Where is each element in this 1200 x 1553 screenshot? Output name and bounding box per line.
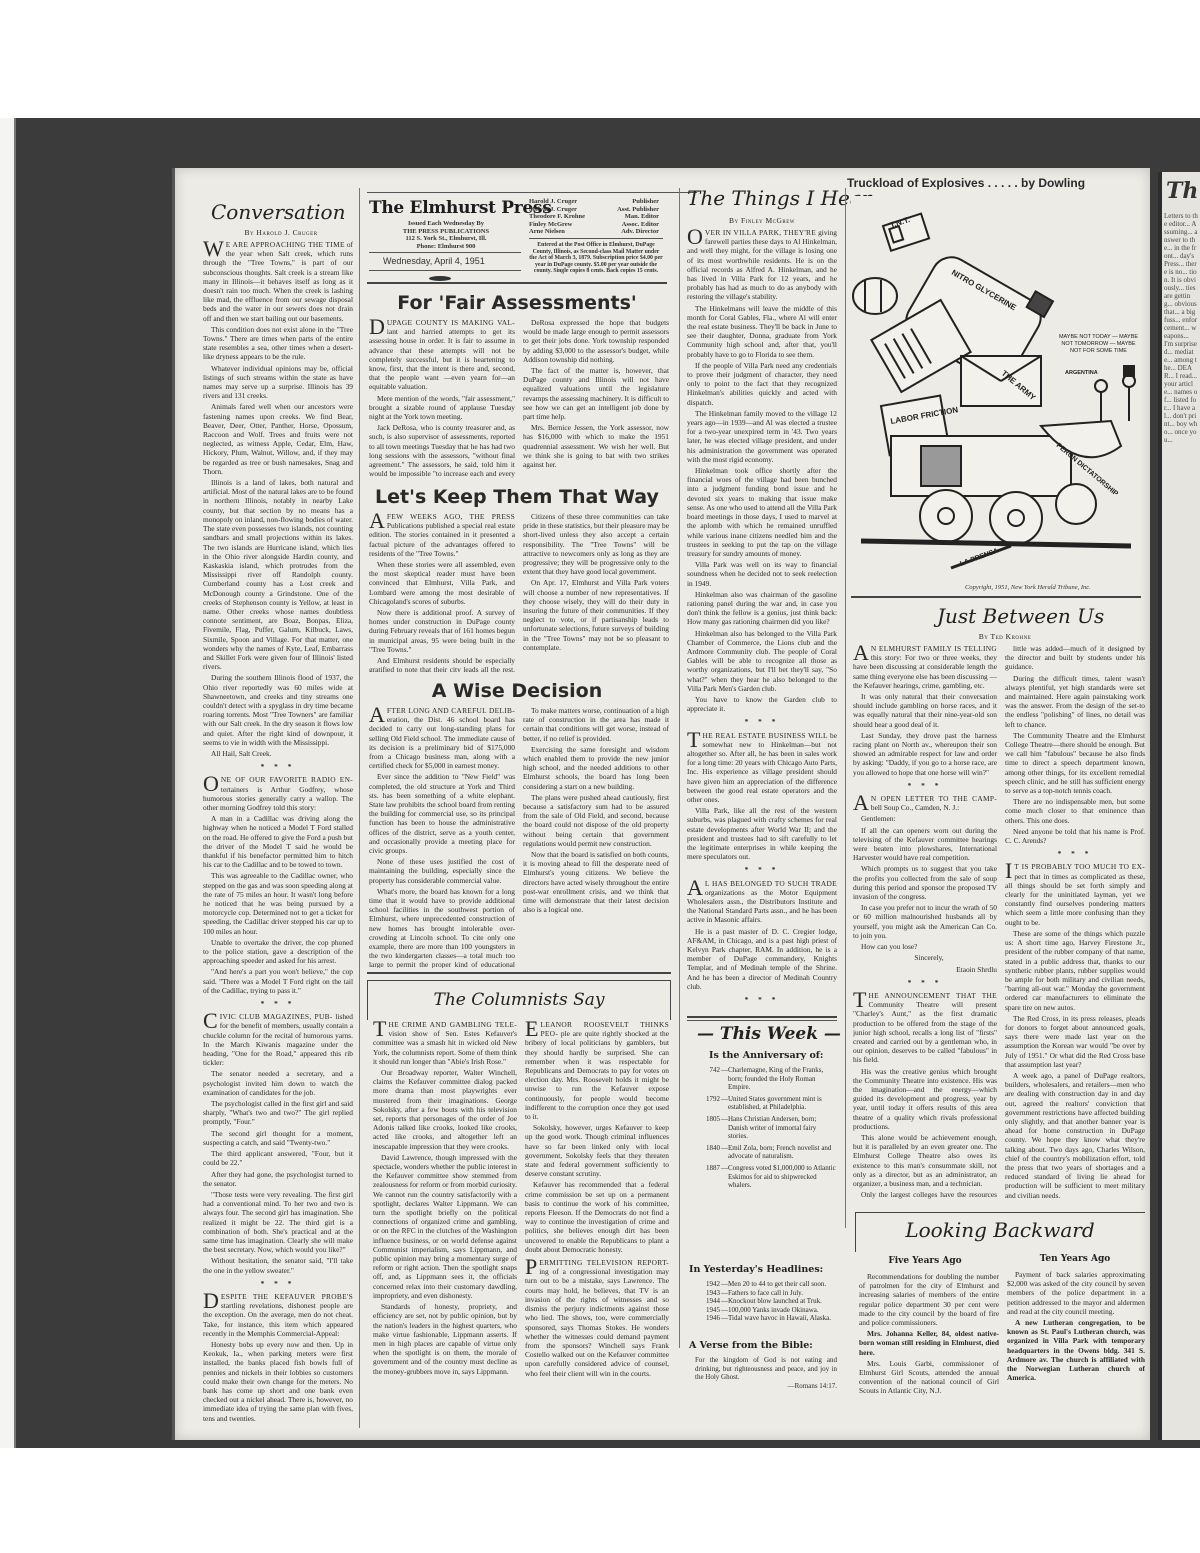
issued-line: Issued Each Wednesday By: [371, 220, 521, 228]
paragraph: How can you lose?: [853, 942, 997, 951]
section-divider: * * *: [1005, 849, 1145, 858]
column-rule: [679, 188, 680, 1348]
paragraph: vision show of Sen. Estes Kefauver's com…: [373, 1029, 517, 1066]
staff-box: Harold J. CrugerPublisher Melvin J. Crug…: [529, 198, 659, 236]
paragraph: On Apr. 17, Elmhurst and Villa Park vote…: [523, 578, 669, 652]
paragraph: David Lawrence, though impressed with th…: [373, 1153, 517, 1300]
editorial-keep-them-col1: AFEW WEEKS AGO, THE PRESS Publications p…: [369, 512, 515, 672]
dropcap: T: [853, 991, 866, 1009]
paragraph: DeRosa expressed the hope that budgets w…: [523, 318, 669, 364]
masthead-bottom-rule: [367, 282, 667, 284]
dropcap: A: [369, 706, 385, 724]
paragraph: eration, the Dist. 46 school board has d…: [369, 715, 515, 770]
section-divider: * * *: [203, 999, 353, 1008]
editorial-bottom-rule: [367, 972, 671, 974]
paragraph: None of these uses justified the cost of…: [369, 857, 515, 885]
paragraph: The Red Cross, in its press releases, pl…: [1005, 1014, 1145, 1069]
paragraph: This was agreeable to the Cadillac owner…: [203, 871, 353, 935]
section-divider: * * *: [853, 781, 997, 790]
paragraph: When these stories were all assembled, e…: [369, 560, 515, 606]
paragraph: There are no indispensable men, but some…: [1005, 797, 1145, 825]
editorial-cartoon-image: T.N.T. NITRO GLYCERINE THE ARMY LABOR FR…: [851, 196, 1141, 576]
lead-in: E ARE APPROACHING THE TIME: [226, 240, 345, 249]
paragraph: Mrs. Bernice Jessen, the York assessor, …: [523, 423, 669, 469]
paragraph: The Community Theatre and the Elmhurst C…: [1005, 731, 1145, 795]
date-rule-bottom: [369, 270, 521, 271]
paragraph: And Elmhurst residents should be especia…: [369, 656, 515, 672]
svg-text:ARGENTINA: ARGENTINA: [1065, 370, 1098, 376]
staff-row: Theodore F. KrohneMan. Editor: [529, 213, 659, 221]
paragraph: Our Broadway reporter, Walter Winchell, …: [373, 1068, 517, 1151]
headline-item: 1945—100,000 Yanks invade Okinawa.: [687, 1306, 837, 1315]
paragraph: pect that in times as complicated as the…: [1005, 872, 1145, 927]
section-divider: * * *: [687, 865, 837, 874]
paragraph: Citizens of these three communities can …: [523, 512, 669, 576]
paragraph: During the difficult times, talent wasn'…: [1005, 674, 1145, 729]
things-i-hear-column: OVER IN VILLA PARK, THEY'RE giving farew…: [687, 228, 837, 1008]
paragraph: Last Sunday, they drove past the harness…: [853, 731, 997, 777]
left-margin-line: [14, 118, 16, 1448]
paragraph: Mrs. Johanna Keller, 84, oldest native-b…: [859, 1329, 999, 1357]
editorial-wise-decision-col2: To make matters worse, continuation of a…: [523, 706, 669, 968]
five-years-column: Recommendations for doubling the number …: [859, 1272, 999, 1402]
dropcap: E: [525, 1020, 538, 1038]
conversation-byline: By Harold J. Cruger: [211, 228, 351, 237]
paragraph: organizations as the Motor Equipment Who…: [687, 888, 837, 925]
paragraph: Mrs. Louis Garbi, commissioner of Elmhur…: [859, 1359, 999, 1396]
things-bottom-rule-thin: [687, 1020, 837, 1021]
paragraph: iant and harried attempts to get its ass…: [369, 327, 515, 391]
verse-reference: —Romans 14:17.: [695, 1382, 837, 1391]
paragraph: tertainers is Arthur Godfrey, whose humo…: [203, 785, 353, 812]
paragraph: All Hail, Salt Creek.: [203, 749, 353, 758]
dropcap: D: [369, 318, 385, 336]
paragraph: Hinkelman also was chairman of the gasol…: [687, 590, 837, 627]
paragraph: The fact of the matter is, however, that…: [523, 366, 669, 421]
paragraph: After they had gone, the psychologist tu…: [203, 1170, 353, 1188]
verse-heading: A Verse from the Bible:: [689, 1340, 813, 1351]
bible-verse: For the kingdom of God is not eating and…: [695, 1356, 837, 1390]
paragraph: The Hinkelmans will leave the middle of …: [687, 304, 837, 359]
ten-years-heading: Ten Years Ago: [1005, 1254, 1145, 1264]
dropcap: T: [687, 731, 700, 749]
dropcap: I: [1005, 862, 1012, 880]
paragraph: The Hinkelman family moved to the villag…: [687, 409, 837, 464]
paragraph: He is a past master of D. C. Cregier lod…: [687, 927, 837, 991]
paragraph: Sincerely,: [853, 953, 997, 962]
looking-backward-title: Looking Backward: [855, 1218, 1145, 1242]
paragraph: Honesty bobs up every now and then. Up i…: [203, 1340, 353, 1423]
columnists-col1: THE CRIME AND GAMBLING TELE- vision show…: [373, 1020, 517, 1430]
editorial-fair-assessments-col1: DUPAGE COUNTY IS MAKING VAL- iant and ha…: [369, 318, 515, 478]
issue-date: Wednesday, April 4, 1951: [383, 256, 485, 266]
paragraph: Ever since the addition to "New Field" w…: [369, 772, 515, 855]
paragraph: His was the creative genius which brough…: [853, 1067, 997, 1131]
paragraph: Whatever individual opinions may be, off…: [203, 364, 353, 401]
staff-row: Finley McGrewAssoc. Editor: [529, 221, 659, 229]
publisher-org: THE PRESS PUBLICATIONS: [371, 228, 521, 236]
section-divider: * * *: [203, 1279, 353, 1288]
editorial-keep-them-col2: Citizens of these three communities can …: [523, 512, 669, 672]
paragraph: ple are quite rightly shocked at the bri…: [525, 1029, 669, 1121]
paragraph: Recommendations for doubling the number …: [859, 1272, 999, 1327]
section-divider: * * *: [687, 995, 837, 1004]
paragraph: In case you prefer not to incur the wrat…: [853, 903, 997, 940]
paragraph: Villa Park, like all the rest of the wes…: [687, 806, 837, 861]
paragraph: Now that the board is satisfied on both …: [523, 850, 669, 914]
anniversary-heading: Is the Anniversary of:: [709, 1050, 823, 1061]
paragraph: Illinois is a land of lakes, both natura…: [203, 478, 353, 671]
lead-in: HE CRIME AND GAMBLING TELE-: [388, 1020, 517, 1029]
editorial-title-keep-them: Let's Keep Them That Way: [367, 486, 667, 508]
paragraph: Villa Park was well on its way to financ…: [687, 560, 837, 588]
editorial-title-fair-assessments: For 'Fair Assessments': [367, 292, 667, 314]
lead-in: ERMITTING TELEVISION REPORT-: [539, 1258, 669, 1267]
paragraph: Gentlemen:: [853, 814, 997, 823]
paragraph: this story: For two or three weeks, they…: [853, 653, 997, 690]
dropcap: P: [525, 1258, 537, 1276]
column-rule: [845, 188, 846, 1228]
lead-in: VER IN VILLA PARK, THEY'RE: [705, 228, 816, 237]
paragraph: Only the largest colleges have the resou…: [853, 1190, 997, 1200]
paragraph: A man in a Cadillac was driving along th…: [203, 814, 353, 869]
conversation-title: Conversation: [211, 200, 345, 224]
paragraph: Without hesitation, the senator said, "I…: [203, 1256, 353, 1274]
just-between-us-byline: By Ted Krohne: [935, 632, 1075, 641]
headline-item: 1943—Fathers to face call in July.: [687, 1289, 837, 1298]
paragraph: "Those tests were very revealing. The fi…: [203, 1190, 353, 1254]
dropcap: C: [203, 1012, 218, 1030]
paragraph: Unable to overtake the driver, the cop p…: [203, 938, 353, 966]
paragraph: If the people of Villa Park need any cre…: [687, 361, 837, 407]
lead-in: NE OF OUR FAVORITE RADIO EN-: [221, 775, 353, 784]
paragraph: This alone would be achievement enough, …: [853, 1133, 997, 1188]
paragraph: Need anyone be told that his name is Pro…: [1005, 827, 1145, 845]
paragraph: The second girl thought for a moment, su…: [203, 1129, 353, 1147]
staff-rule: [529, 238, 663, 239]
paragraph: Standards of honesty, propriety, and eff…: [373, 1302, 517, 1376]
paragraph: Now there is additional proof. A survey …: [369, 608, 515, 654]
paragraph: What's more, the board has known for a l…: [369, 887, 515, 968]
dropcap: A: [687, 879, 703, 897]
dropcap: A: [369, 512, 385, 530]
columnists-col2: ELEANOR ROOSEVELT THINKS PEO- ple are qu…: [525, 1020, 669, 1430]
address: 112 S. York St., Elmhurst, Ill.: [371, 235, 521, 243]
lead-in: IVIC CLUB MAGAZINES, PUB-: [220, 1012, 333, 1021]
cartoon-credit: Copyright, 1951, New York Herald Tribune…: [965, 584, 1091, 591]
paragraph: lished for the benefit of members, usual…: [203, 1012, 353, 1067]
anniversary-item: 1792—United States government mint is es…: [687, 1095, 837, 1112]
dropcap: O: [203, 775, 219, 793]
conversation-column: WE ARE APPROACHING THE TIME of the year …: [203, 240, 353, 1430]
lead-in: FTER LONG AND CAREFUL DELIB-: [387, 706, 515, 715]
paragraph: Publications published a special real es…: [369, 521, 515, 558]
paragraph: be somewhat new to Hinkelman—but not alt…: [687, 731, 837, 804]
next-page-heading: Th: [1162, 172, 1200, 210]
paragraph: These are some of the things which puzzl…: [1005, 929, 1145, 1012]
staff-row: Arne NielsenAdv. Director: [529, 228, 659, 236]
lead-in: FEW WEEKS AGO, THE PRESS: [387, 512, 515, 521]
column-rule: [359, 188, 360, 1428]
dropcap: O: [687, 228, 703, 246]
lead-in: T IS PROBABLY TOO MUCH TO EX-: [1014, 862, 1145, 871]
headline-item: 1944—Knockout blow launched at Truk.: [687, 1297, 837, 1306]
phone: Phone: Elmhurst 900: [371, 243, 521, 251]
headline-item: 1942—Men 20 to 44 to get their call soon…: [687, 1280, 837, 1289]
five-years-heading: Five Years Ago: [855, 1256, 995, 1266]
paragraph: Hinkelman also has belonged to the Villa…: [687, 629, 837, 693]
lead-in: UPAGE COUNTY IS MAKING VAL-: [387, 318, 515, 327]
paragraph: A week ago, a panel of DuPage realtors, …: [1005, 1071, 1145, 1200]
signature: Etaoin Shrdlu: [853, 965, 997, 974]
this-week-title: — This Week —: [697, 1024, 841, 1044]
masthead-title: The Elmhurst Press: [369, 198, 551, 218]
lead-in: L HAS BELONGED TO SUCH TRADE: [705, 879, 837, 888]
headlines-list: 1942—Men 20 to 44 to get their call soon…: [687, 1280, 837, 1323]
lead-in: N ELMHURST FAMILY IS TELLING: [871, 644, 997, 653]
anniversary-list: 742—Charlemagne, King of the Franks, bor…: [687, 1066, 837, 1193]
paragraph: Exercising the same foresight and wisdom…: [523, 745, 669, 791]
masthead-top-rule: [367, 192, 697, 193]
paragraph: You have to know the Garden club to appr…: [687, 695, 837, 713]
postal-notice: Entered at the Post Office in Elmhurst, …: [529, 242, 663, 275]
paragraph: A new Lutheran congregation, to be known…: [1007, 1318, 1145, 1382]
just-between-us-title: Just Between Us: [937, 604, 1104, 628]
headline-item: 1946—Tidal wave havoc in Hawaii, Alaska.: [687, 1314, 837, 1323]
cartoon-title: Truckload of Explosives . . . . . by Dow…: [847, 176, 1147, 190]
staff-row: Harold J. CrugerPublisher: [529, 198, 659, 206]
paragraph: of the year when Salt creek, which runs …: [203, 240, 353, 323]
paragraph: Animals fared well when our ancestors we…: [203, 402, 353, 476]
paragraph: It was only natural that their conversat…: [853, 692, 997, 729]
next-page-snippet: Letters to the editor... Assuming... ans…: [1162, 210, 1200, 446]
paragraph: ing of a congressional investigation may…: [525, 1267, 669, 1377]
section-divider: * * *: [687, 717, 837, 726]
dropcap: A: [853, 794, 869, 812]
ten-years-column: Payment of back salaries approximating $…: [1007, 1270, 1145, 1400]
paragraph: Sokolsky, however, urges Kefauver to kee…: [525, 1123, 669, 1178]
dropcap: T: [373, 1020, 386, 1038]
paragraph: Jack DeRosa, who is county treasurer and…: [369, 423, 515, 478]
dropcap: W: [203, 240, 224, 258]
columnists-title: The Columnists Say: [367, 990, 671, 1010]
lead-in: HE ANNOUNCEMENT THAT THE: [868, 991, 997, 1000]
paragraph: Kefauver has recommended that a federal …: [525, 1180, 669, 1254]
verse-text: For the kingdom of God is not eating and…: [695, 1356, 837, 1382]
cartoon-speech: MAYBE NOT TODAY — MAYBE NOT TOMORROW — M…: [1056, 334, 1141, 355]
masthead-info: Issued Each Wednesday By THE PRESS PUBLI…: [371, 220, 521, 250]
section-divider: * * *: [853, 978, 997, 987]
section-divider: * * *: [203, 762, 353, 771]
lead-in: HE REAL ESTATE BUSINESS WILL: [702, 731, 827, 740]
paragraph: The senator needed a secretary, and a ps…: [203, 1069, 353, 1097]
paragraph: Mere mention of the words, "fair assessm…: [369, 394, 515, 422]
paragraph: Community Theatre will present "Charley'…: [853, 1000, 997, 1064]
just-between-us-col2: little was added—much of it designed by …: [1005, 644, 1145, 1200]
anniversary-item: 1840—Emil Zola, born; French novelist an…: [687, 1144, 837, 1161]
things-i-hear-byline: By Finley McGrew: [687, 216, 837, 225]
anniversary-item: 742—Charlemagne, King of the Franks, bor…: [687, 1066, 837, 1092]
paragraph: If all the can openers worn out during t…: [853, 826, 997, 863]
paragraph: The psychologist called in the first gir…: [203, 1099, 353, 1127]
editorial-fair-assessments-col2: DeRosa expressed the hope that budgets w…: [523, 318, 669, 478]
paragraph: This condition does not exist alone in t…: [203, 325, 353, 362]
paragraph: bell Soup Co., Camden, N. J.:: [871, 803, 959, 812]
lead-in: ESPITE THE KEFAUVER PROBE'S: [221, 1292, 353, 1301]
paragraph: Hinkelman took office shortly after the …: [687, 466, 837, 558]
editorial-title-wise-decision: A Wise Decision: [367, 680, 667, 702]
things-bottom-rule: [687, 1016, 837, 1018]
anniversary-item: 1805—Hans Christian Andersen, born; Dani…: [687, 1115, 837, 1141]
staff-row: Melvin J. CrugerAsst. Publisher: [529, 206, 659, 214]
paragraph: "And here's a part you won't believe," t…: [203, 967, 353, 995]
paragraph: giving farewell parties these days to Al…: [687, 228, 837, 301]
paragraph: Which prompts us to suggest that you tak…: [853, 864, 997, 901]
next-page-edge: Th Letters to the editor... Assuming... …: [1158, 172, 1200, 1440]
dropcap: D: [203, 1292, 219, 1310]
anniversary-item: 1887—Congress voted $1,000,000 to Atlant…: [687, 1164, 837, 1190]
lead-in: N OPEN LETTER TO THE CAMP-: [871, 794, 997, 803]
paragraph: The third applicant answered, "Four, but…: [203, 1149, 353, 1167]
headlines-heading: In Yesterday's Headlines:: [689, 1264, 823, 1275]
date-rule-top: [369, 252, 521, 253]
ornament-icon: [429, 276, 451, 281]
newspaper-page: Conversation By Harold J. Cruger WE ARE …: [172, 168, 1150, 1440]
things-i-hear-title: The Things I Hear: [687, 186, 871, 210]
paragraph: startling revelations, dishonest people …: [203, 1301, 353, 1338]
paragraph: To make matters worse, continuation of a…: [523, 706, 669, 743]
paragraph: Payment of back salaries approximating $…: [1007, 1270, 1145, 1316]
paragraph: little was added—much of it designed by …: [1005, 644, 1145, 672]
just-between-us-col1: AN ELMHURST FAMILY IS TELLING this story…: [853, 644, 997, 1200]
dropcap: A: [853, 644, 869, 662]
paragraph: The plans were pushed ahead cautiously, …: [523, 793, 669, 848]
cartoon-bottom-rule: [851, 596, 1141, 598]
paragraph: During the southern Illinois flood of 19…: [203, 673, 353, 747]
editorial-wise-decision-col1: AFTER LONG AND CAREFUL DELIB- eration, t…: [369, 706, 515, 968]
